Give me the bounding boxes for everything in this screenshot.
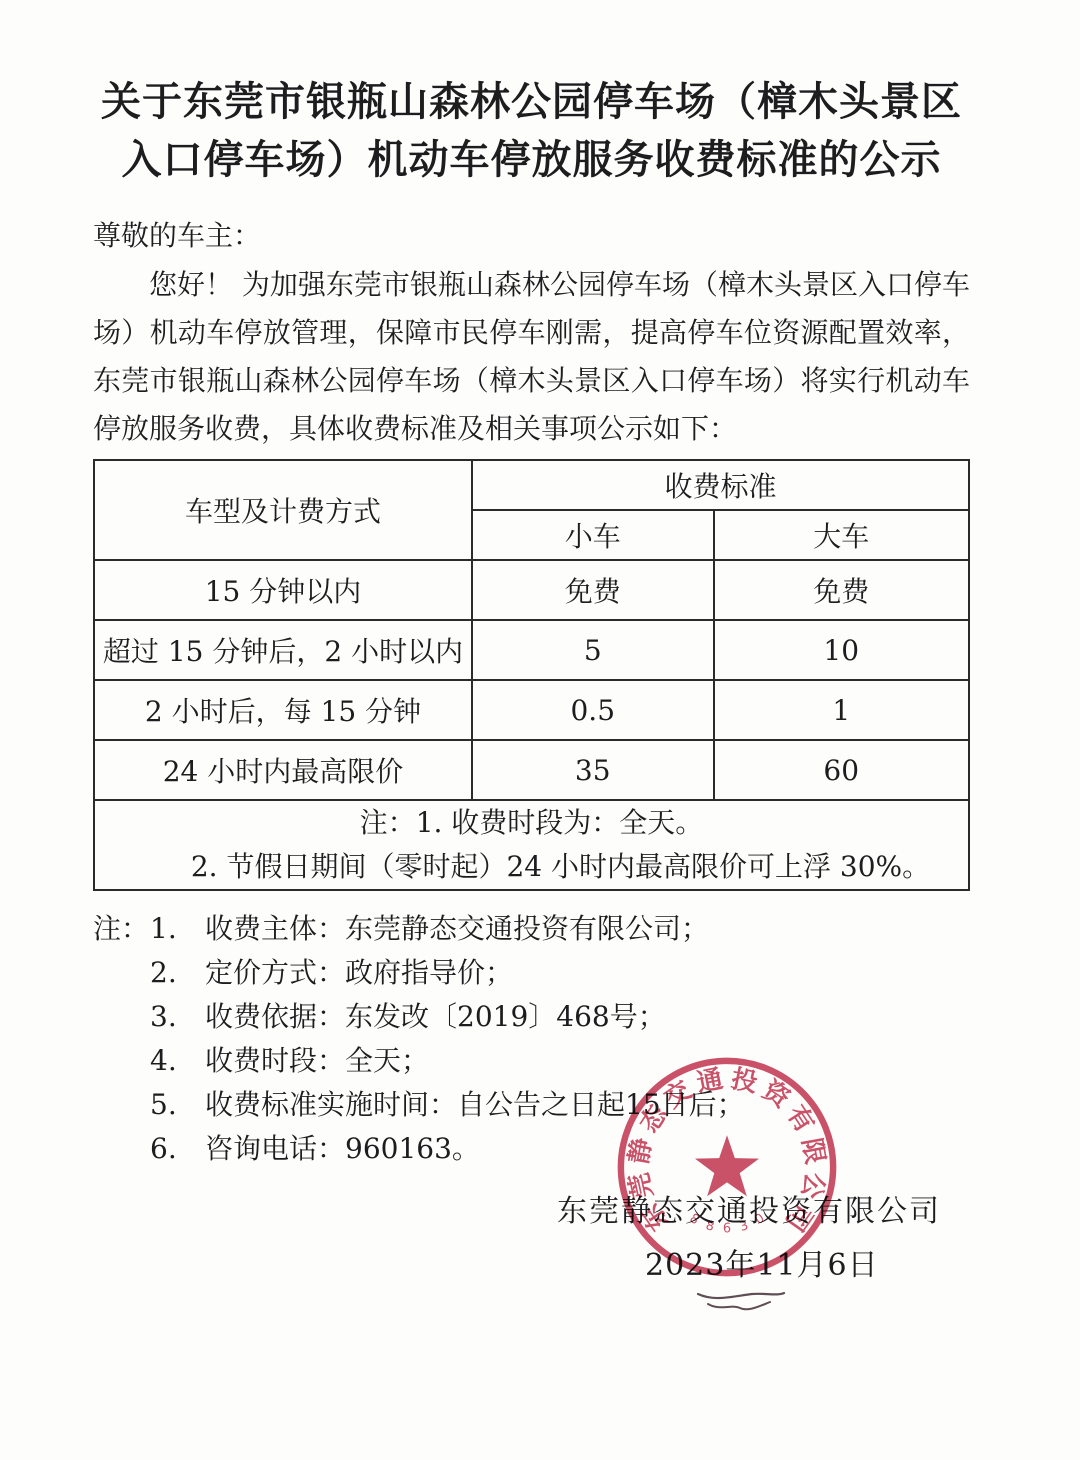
svg-text:静: 静	[624, 1136, 658, 1167]
table-header-fee-standard: 收费标准	[472, 460, 969, 510]
remark-number: 2.	[150, 951, 205, 995]
fee-large-car: 60	[714, 740, 970, 800]
svg-text:8: 8	[704, 1218, 716, 1235]
row-label: 2 小时后，每 15 分钟	[94, 680, 472, 740]
remark-prefix: 注：	[93, 907, 150, 951]
notice-title-line2: 入口停车场）机动车停放服务收费标准的公示	[122, 136, 942, 183]
table-row: 24 小时内最高限价 35 60	[94, 740, 969, 800]
remark-number: 4.	[150, 1039, 205, 1083]
seal-star-icon	[695, 1135, 759, 1196]
remark-number: 1.	[150, 907, 205, 951]
table-note-2: 2. 节假日期间（零时起）24 小时内最高限价可上浮 30%。	[99, 845, 964, 889]
svg-text:莞: 莞	[624, 1170, 659, 1202]
notice-page: 关于东莞市银瓶山森林公园停车场（樟木头景区入口停车场）机动车停放服务收费标准的公…	[0, 0, 1080, 1460]
row-label: 超过 15 分钟后，2 小时以内	[94, 620, 472, 680]
company-seal-stamp: 东莞静态交通投资有限公司 03688	[608, 1048, 846, 1286]
salutation: 尊敬的车主：	[93, 219, 970, 253]
fee-large-car: 免费	[714, 560, 970, 620]
fee-table: 车型及计费方式 收费标准 小车 大车 15 分钟以内 免费 免费 超过 15 分…	[93, 459, 970, 891]
scribble-mark	[690, 1284, 790, 1324]
svg-text:8: 8	[687, 1211, 702, 1228]
svg-text:限: 限	[796, 1136, 830, 1167]
remark-item: 3. 收费依据：东发改〔2019〕468号；	[93, 995, 970, 1039]
fee-small-car: 35	[472, 740, 714, 800]
notice-title: 关于东莞市银瓶山森林公园停车场（樟木头景区入口停车场）机动车停放服务收费标准的公…	[93, 0, 970, 189]
seal-serial-number: 03688	[687, 1211, 768, 1236]
table-header-large-car: 大车	[714, 510, 970, 560]
notice-content: 关于东莞市银瓶山森林公园停车场（樟木头景区入口停车场）机动车停放服务收费标准的公…	[93, 0, 970, 1171]
table-row: 超过 15 分钟后，2 小时以内 5 10	[94, 620, 969, 680]
remark-text: 定价方式：政府指导价；	[205, 951, 970, 995]
remark-number: 3.	[150, 995, 205, 1039]
remark-item: 2. 定价方式：政府指导价；	[93, 951, 970, 995]
svg-text:通: 通	[694, 1064, 725, 1099]
table-header-vehicle-type: 车型及计费方式	[94, 460, 472, 560]
table-row: 2 小时后，每 15 分钟 0.5 1	[94, 680, 969, 740]
fee-large-car: 1	[714, 680, 970, 740]
fee-small-car: 0.5	[472, 680, 714, 740]
svg-text:0: 0	[752, 1211, 767, 1228]
remark-text: 收费主体：东莞静态交通投资有限公司；	[205, 907, 970, 951]
svg-text:3: 3	[738, 1218, 750, 1235]
remark-item: 注： 1. 收费主体：东莞静态交通投资有限公司；	[93, 907, 970, 951]
remark-text: 咨询电话：960163。	[205, 1127, 970, 1171]
table-note-row: 注：1. 收费时段为：全天。 2. 节假日期间（零时起）24 小时内最高限价可上…	[94, 800, 969, 890]
fee-large-car: 10	[714, 620, 970, 680]
svg-text:投: 投	[729, 1063, 761, 1099]
remark-text: 收费标准实施时间：自公告之日起15日后；	[205, 1083, 970, 1127]
svg-text:公: 公	[795, 1170, 830, 1202]
table-row: 15 分钟以内 免费 免费	[94, 560, 969, 620]
table-note-prefix: 注：	[360, 806, 416, 839]
table-header-small-car: 小车	[472, 510, 714, 560]
row-label: 24 小时内最高限价	[94, 740, 472, 800]
remark-number: 5.	[150, 1083, 205, 1127]
fee-small-car: 5	[472, 620, 714, 680]
notice-title-line1: 关于东莞市银瓶山森林公园停车场（樟木头景区	[101, 78, 962, 125]
svg-text:6: 6	[723, 1221, 731, 1236]
remark-number: 6.	[150, 1127, 205, 1171]
remark-text: 收费时段：全天；	[205, 1039, 970, 1083]
table-note-1: 1. 收费时段为：全天。	[416, 806, 704, 839]
fee-small-car: 免费	[472, 560, 714, 620]
body-paragraph: 您好！ 为加强东莞市银瓶山森林公园停车场（樟木头景区入口停车场）机动车停放管理，…	[93, 261, 970, 453]
table-note-line1: 注：1. 收费时段为：全天。	[99, 801, 964, 845]
table-note-cell: 注：1. 收费时段为：全天。 2. 节假日期间（零时起）24 小时内最高限价可上…	[94, 800, 969, 890]
row-label: 15 分钟以内	[94, 560, 472, 620]
remark-text: 收费依据：东发改〔2019〕468号；	[205, 995, 970, 1039]
